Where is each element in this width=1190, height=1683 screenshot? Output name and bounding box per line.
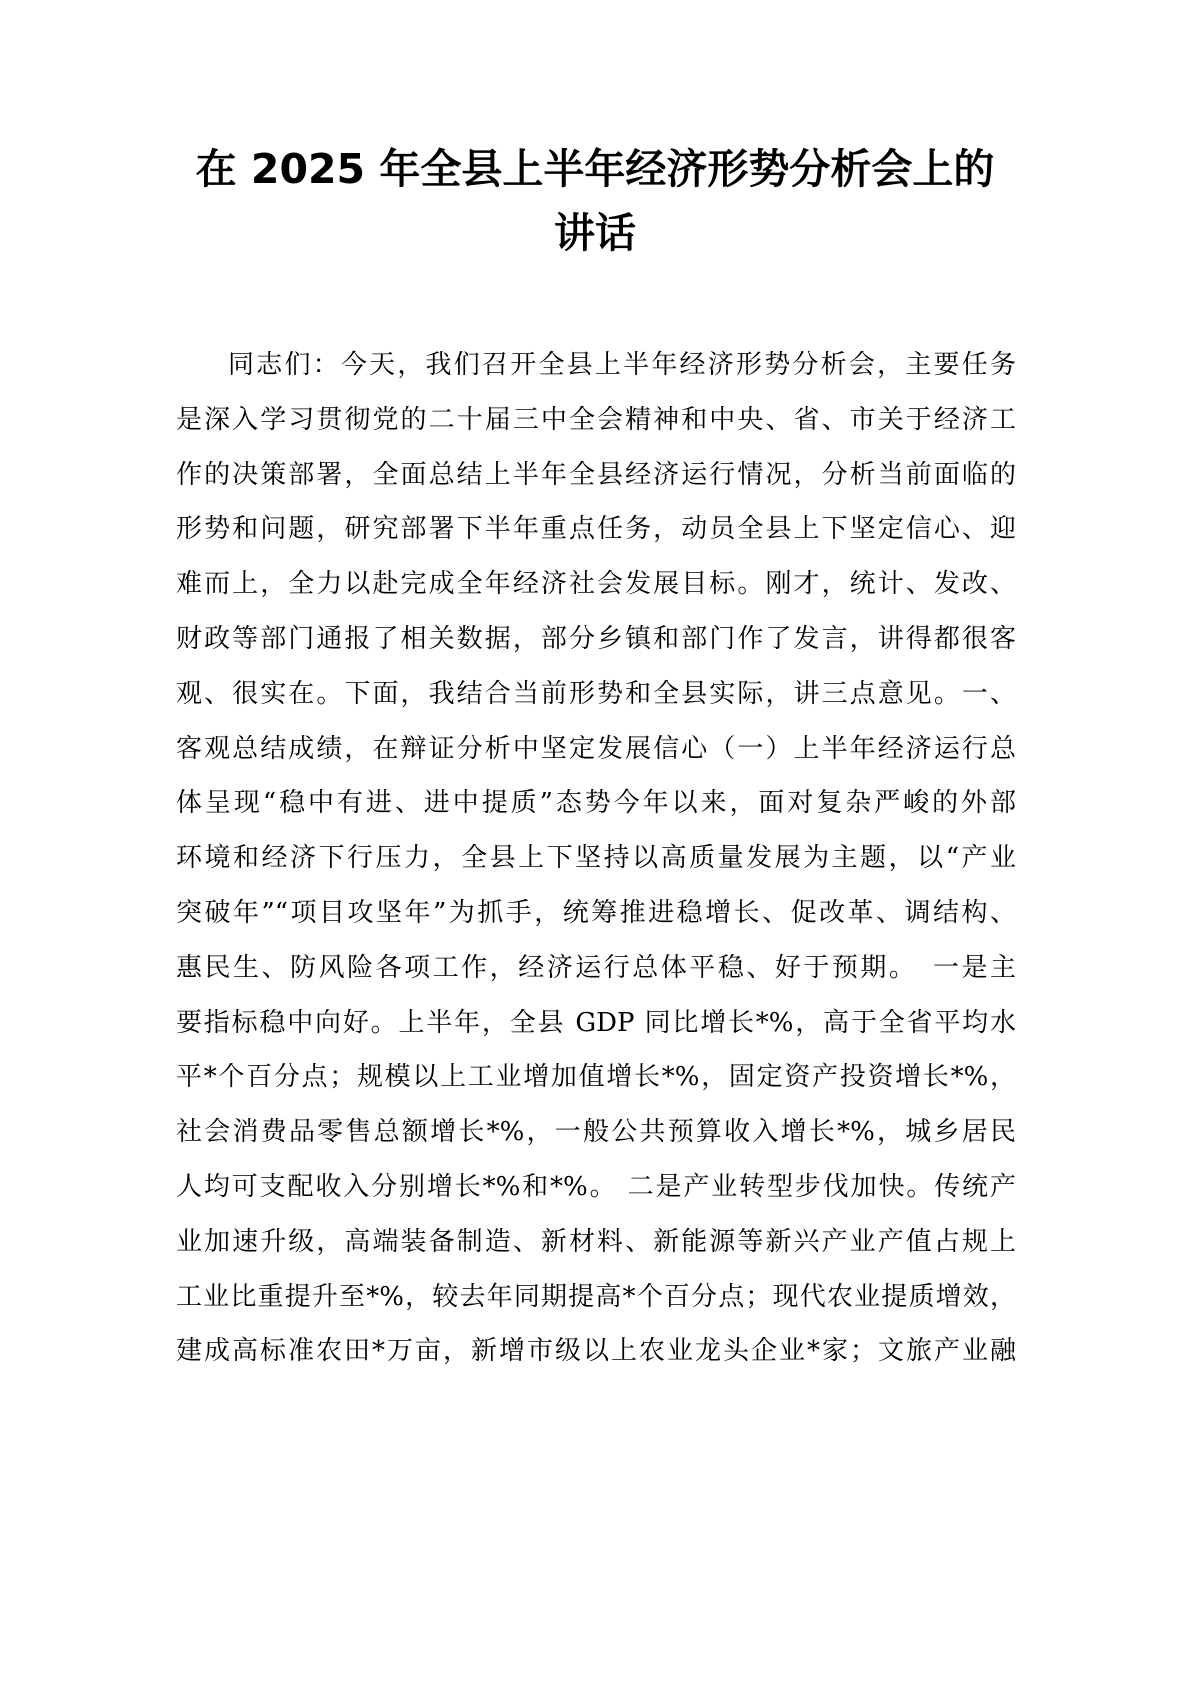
body-line: 财政等部门通报了相关数据，部分乡镇和部门作了发言，讲得都很客 bbox=[176, 612, 1016, 667]
body-line: 作的决策部署，全面总结上半年全县经济运行情况，分析当前面临的 bbox=[176, 448, 1016, 503]
body-line: 难而上，全力以赴完成全年经济社会发展目标。刚才，统计、发改、 bbox=[176, 557, 1016, 612]
body-line: 社会消费品零售总额增长*%，一般公共预算收入增长*%，城乡居民 bbox=[176, 1105, 1016, 1160]
body-line: 突破年”“项目攻坚年”为抓手，统筹推进稳增长、促改革、调结构、 bbox=[176, 886, 1016, 941]
body-line: 业加速升级，高端装备制造、新材料、新能源等新兴产业产值占规上 bbox=[176, 1215, 1016, 1270]
title-line: 在 2025 年全县上半年经济形势分析会上的 bbox=[170, 137, 1020, 201]
body-line: 惠民生、防风险各项工作，经济运行总体平稳、好于预期。 一是主 bbox=[176, 941, 1016, 996]
body-line: 是深入学习贯彻党的二十届三中全会精神和中央、省、市关于经济工 bbox=[176, 393, 1016, 448]
body-line: 同志们：今天，我们召开全县上半年经济形势分析会，主要任务 bbox=[176, 338, 1016, 393]
body-line: 体呈现“稳中有进、进中提质”态势今年以来，面对复杂严峻的外部 bbox=[176, 776, 1016, 831]
title-line: 讲话 bbox=[170, 201, 1020, 265]
body-line: 形势和问题，研究部署下半年重点任务，动员全县上下坚定信心、迎 bbox=[176, 502, 1016, 557]
body-line: 建成高标准农田*万亩，新增市级以上农业龙头企业*家；文旅产业融 bbox=[176, 1324, 1016, 1379]
document-title: 在 2025 年全县上半年经济形势分析会上的 讲话 bbox=[170, 137, 1020, 265]
body-line: 环境和经济下行压力，全县上下坚持以高质量发展为主题，以“产业 bbox=[176, 831, 1016, 886]
body-line: 人均可支配收入分别增长*%和*%。 二是产业转型步伐加快。传统产 bbox=[176, 1160, 1016, 1215]
body-line: 观、很实在。下面，我结合当前形势和全县实际，讲三点意见。一、 bbox=[176, 667, 1016, 722]
body-line: 客观总结成绩，在辩证分析中坚定发展信心（一）上半年经济运行总 bbox=[176, 722, 1016, 777]
document-page: 在 2025 年全县上半年经济形势分析会上的 讲话 同志们：今天，我们召开全县上… bbox=[0, 0, 1190, 1683]
body-line: 要指标稳中向好。上半年，全县 GDP 同比增长*%，高于全省平均水 bbox=[176, 996, 1016, 1051]
body-line: 工业比重提升至*%，较去年同期提高*个百分点；现代农业提质增效， bbox=[176, 1270, 1016, 1325]
body-line: 平*个百分点；规模以上工业增加值增长*%，固定资产投资增长*%， bbox=[176, 1050, 1016, 1105]
document-body: 同志们：今天，我们召开全县上半年经济形势分析会，主要任务 是深入学习贯彻党的二十… bbox=[176, 338, 1016, 1379]
